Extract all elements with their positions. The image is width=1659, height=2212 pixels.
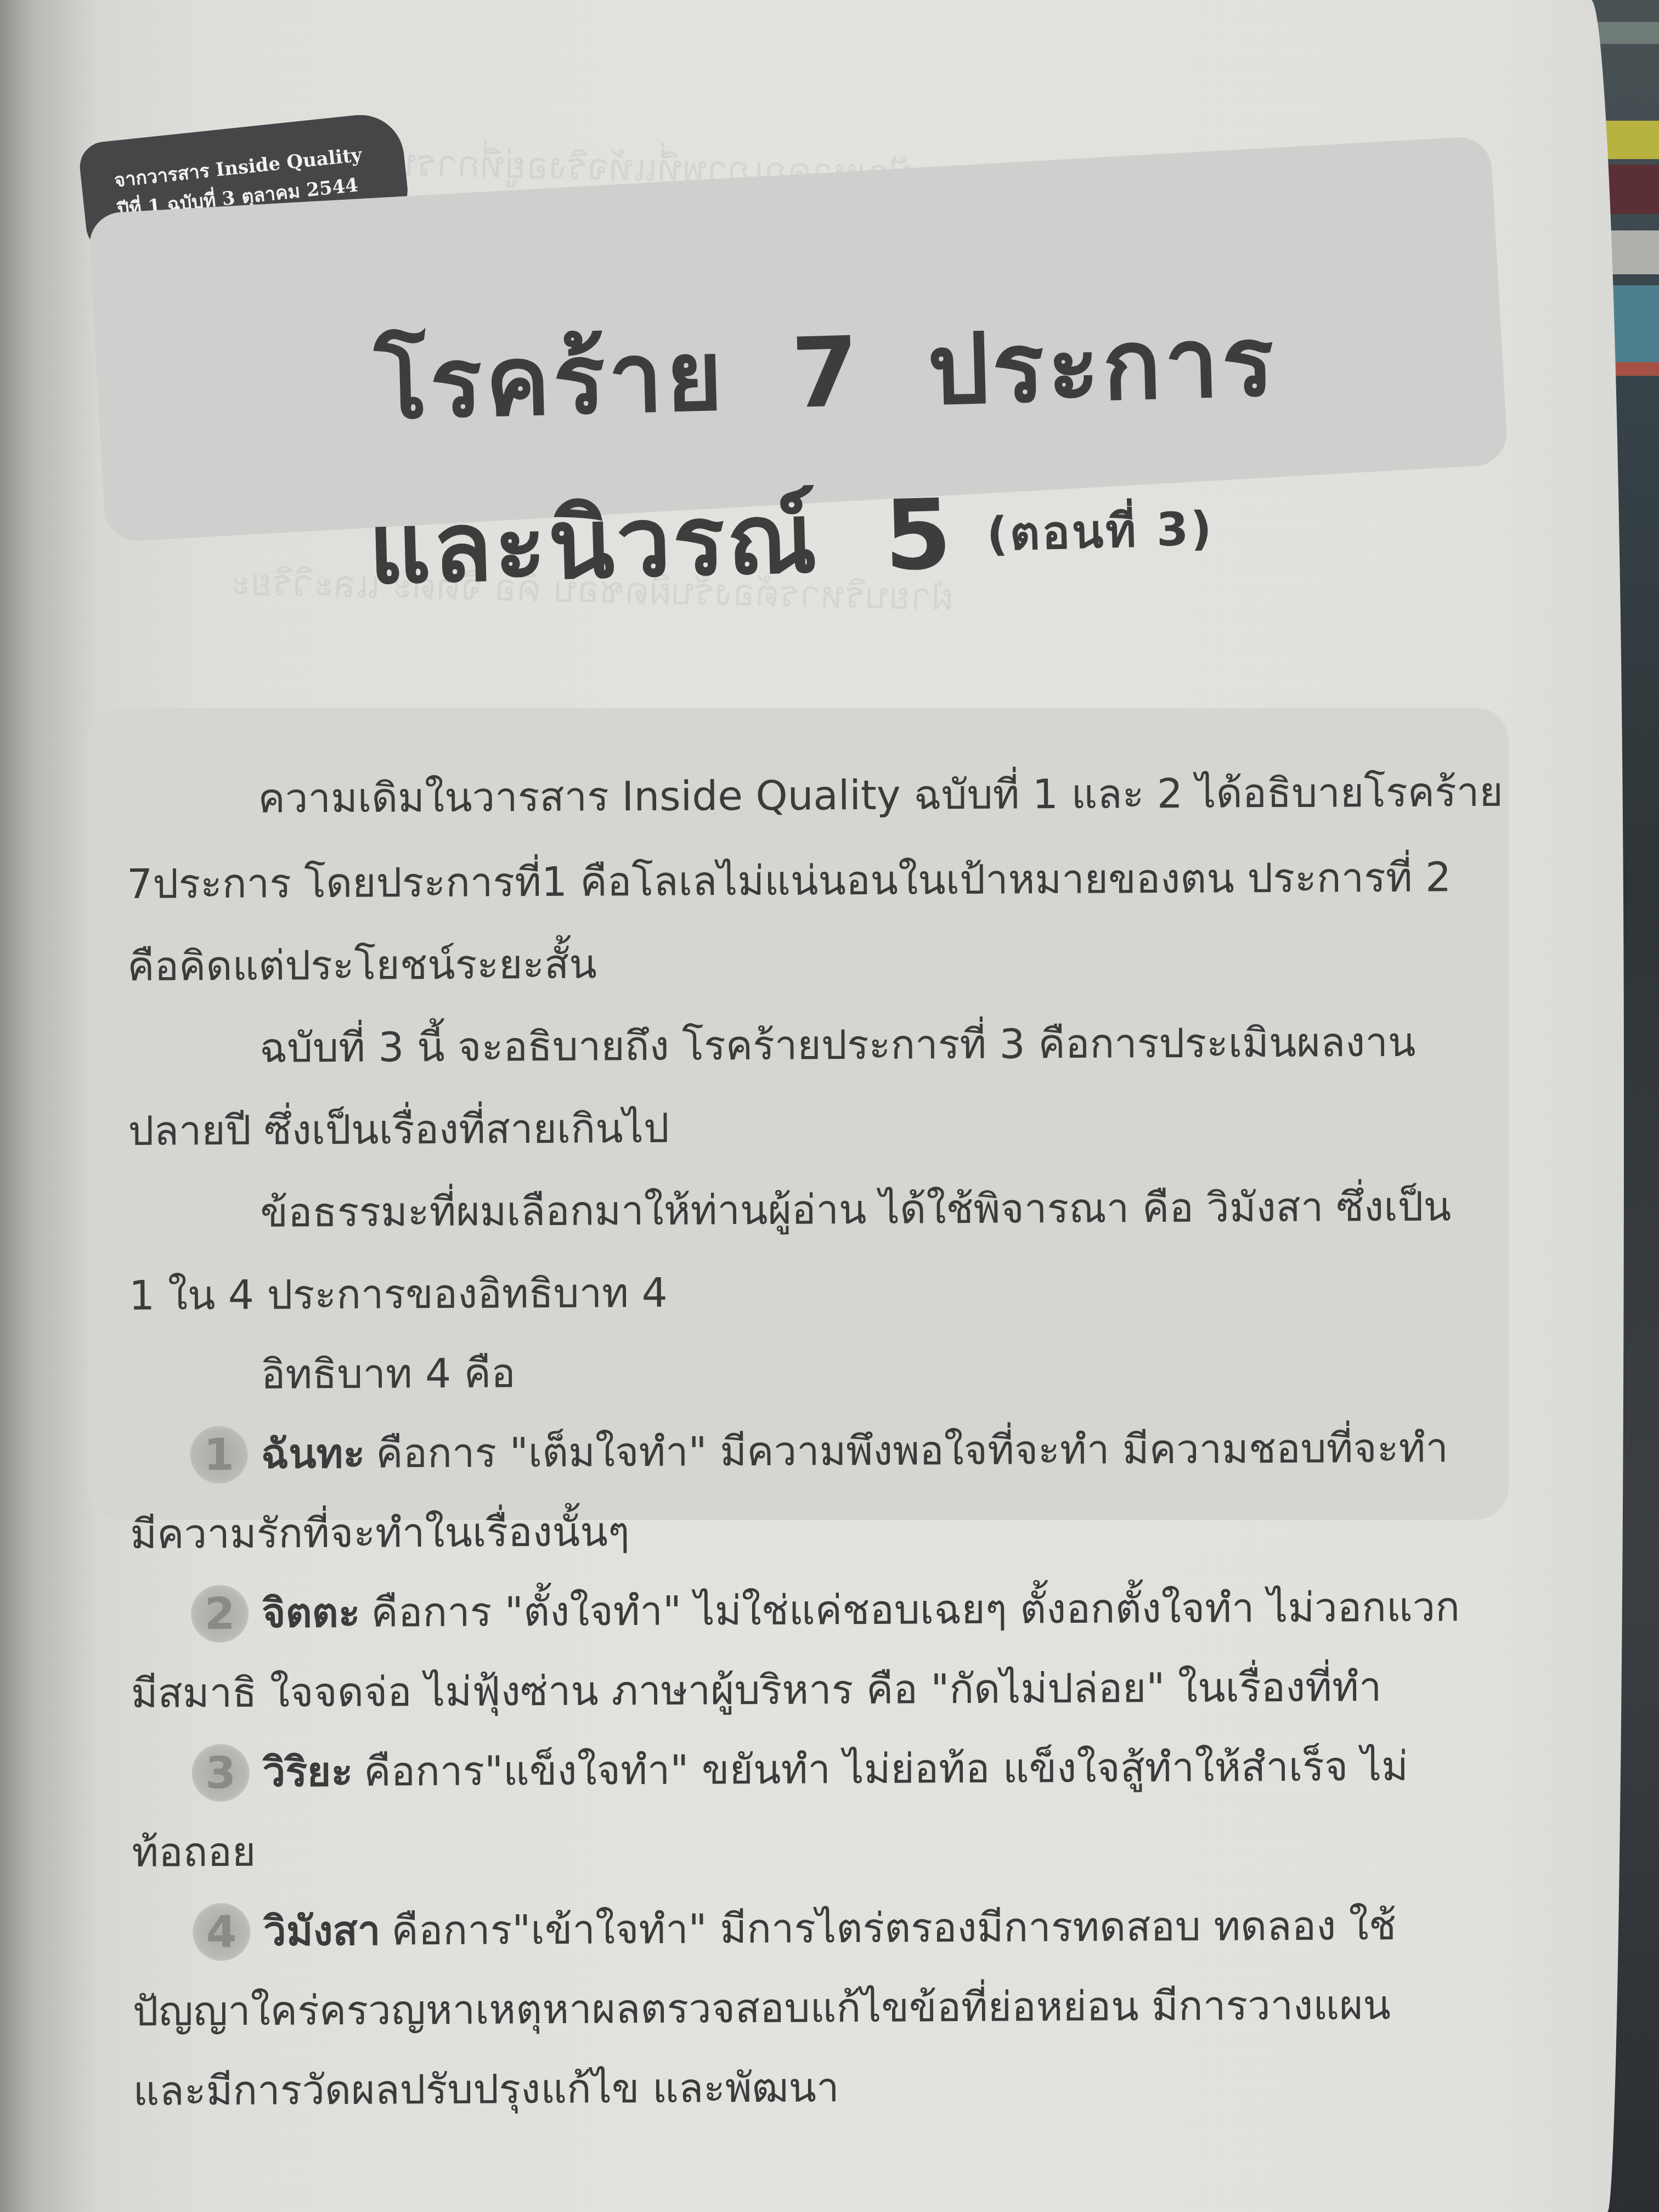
- number-circle-1: 1: [190, 1426, 248, 1484]
- text-line: 7ประการ โดยประการที่1 คือโลเลไม่แน่นอนใน…: [127, 835, 1482, 927]
- text-line: มีสมาธิ ใจจดจ่อ ไม่ฟุ้งซ่าน ภาษาผู้บริหา…: [131, 1647, 1487, 1734]
- paragraph-dhamma: ข้อธรรมะที่ผมเลือกมาให้ท่านผู้อ่าน ได้ใช…: [128, 1164, 1485, 1336]
- text-line: และมีการวัดผลปรับปรุงแก้ไข และพัฒนา: [133, 2045, 1488, 2131]
- text-line: ความเดิมในวารสาร Inside Quality ฉบับที่ …: [126, 750, 1482, 842]
- text-line: 1 ใน 4 ประการของอิทธิบาท 4: [129, 1249, 1485, 1336]
- title-word-disease: โรคร้าย: [374, 319, 727, 441]
- list-item-viriya: 3 วิริยะ คือการ"แข็งใจทำ" ขยันทำ ไม่ย่อท…: [131, 1726, 1487, 1893]
- item-text: คือการ "ตั้งใจทำ" ไม่ใช่แค่ชอบเฉยๆ ตั้งอ…: [371, 1567, 1460, 1652]
- number-circle-4: 4: [193, 1903, 251, 1961]
- text-line: ปลายปี ซึ่งเป็นเรื่องที่สายเกินไป: [128, 1085, 1483, 1171]
- title-word-items: ประการ: [926, 305, 1278, 427]
- title-number-5: 5: [883, 478, 955, 592]
- title-line-1: โรคร้าย7ประการ: [373, 284, 1279, 472]
- text-line: คือคิดแต่ประโยชน์ระยะสั้น: [127, 920, 1483, 1007]
- item-text: คือการ"แข็งใจทำ" ขยันทำ ไม่ย่อท้อ แข็งใจ…: [364, 1727, 1408, 1812]
- title-line-2: และนิวรณ์5(ตอนที่ 3): [366, 448, 1283, 625]
- title-number-7: 7: [790, 316, 864, 430]
- paragraph-iddhipada-heading: อิทธิบาท 4 คือ: [129, 1329, 1485, 1415]
- item-term: จิตตะ: [262, 1573, 360, 1654]
- paragraph-intro: ความเดิมในวารสาร Inside Quality ฉบับที่ …: [126, 750, 1482, 1007]
- text-line: ปัญญาใคร่ครวญหาเหตุหาผลตรวจสอบแก้ไขข้อที…: [133, 1965, 1488, 2052]
- episode-label: (ตอนที่ 3): [986, 501, 1215, 561]
- list-item-chanda: 1 ฉันทะ คือการ "เต็มใจทำ" มีความพึงพอใจท…: [129, 1408, 1485, 1575]
- title-word-nivarana: และนิวรณ์: [367, 482, 820, 606]
- item-term: ฉันทะ: [261, 1414, 365, 1494]
- list-item-citta: 2 จิตตะ คือการ "ตั้งใจทำ" ไม่ใช่แค่ชอบเฉ…: [131, 1567, 1486, 1734]
- list-item-first-line: 4 วิมังสา คือการ"เข้าใจทำ" มีการไตร่ตรอง…: [132, 1886, 1397, 1972]
- number-circle-2: 2: [191, 1585, 249, 1643]
- text-line: ข้อธรรมะที่ผมเลือกมาให้ท่านผู้อ่าน ได้ใช…: [128, 1164, 1484, 1256]
- photo-scene: ปัญหาคุณภาพที่แท้จริงอยู่ที่การบริหาร ฝ่…: [0, 0, 1659, 2212]
- book-page: ปัญหาคุณภาพที่แท้จริงอยู่ที่การบริหาร ฝ่…: [0, 0, 1624, 2212]
- item-term: วิมังสา: [263, 1892, 381, 1972]
- item-text: คือการ"เข้าใจทำ" มีการไตร่ตรองมีการทดสอบ…: [391, 1886, 1396, 1971]
- article-body: ความเดิมในวารสาร Inside Quality ฉบับที่ …: [126, 750, 1488, 2131]
- article-title: โรคร้าย7ประการ และนิวรณ์5(ตอนที่ 3): [373, 284, 1283, 625]
- list-item-vimamsa: 4 วิมังสา คือการ"เข้าใจทำ" มีการไตร่ตรอง…: [132, 1886, 1488, 2131]
- item-text: คือการ "เต็มใจทำ" มีความพึงพอใจที่จะทำ ม…: [376, 1408, 1448, 1493]
- text-line: ฉบับที่ 3 นี้ จะอธิบายถึง โรคร้ายประการท…: [127, 1000, 1483, 1092]
- list-item-first-line: 3 วิริยะ คือการ"แข็งใจทำ" ขยันทำ ไม่ย่อท…: [131, 1727, 1408, 1813]
- number-circle-3: 3: [191, 1744, 250, 1802]
- text-line: มีความรักที่จะทำในเรื่องนั้นๆ: [130, 1488, 1486, 1575]
- text-line: อิทธิบาท 4 คือ: [129, 1329, 1485, 1415]
- item-term: วิริยะ: [262, 1733, 353, 1813]
- text-line: ท้อถอย: [132, 1806, 1487, 1893]
- list-item-first-line: 1 ฉันทะ คือการ "เต็มใจทำ" มีความพึงพอใจท…: [129, 1408, 1448, 1495]
- paragraph-issue-3: ฉบับที่ 3 นี้ จะอธิบายถึง โรคร้ายประการท…: [127, 1000, 1483, 1171]
- list-item-first-line: 2 จิตตะ คือการ "ตั้งใจทำ" ไม่ใช่แค่ชอบเฉ…: [131, 1567, 1460, 1654]
